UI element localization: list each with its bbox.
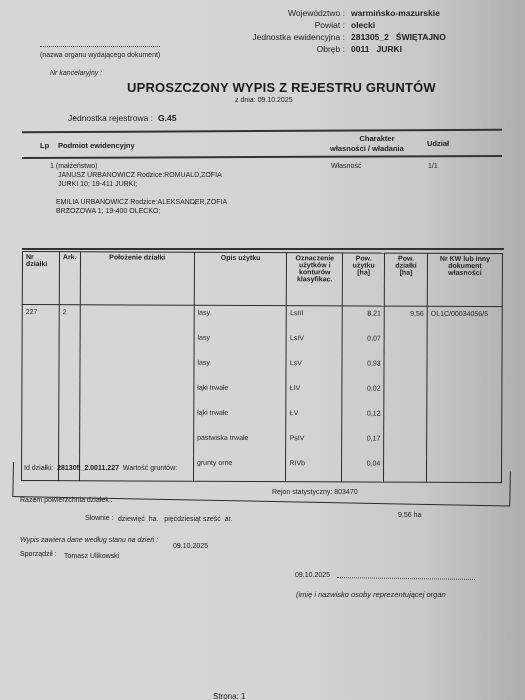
owners-header-podmiot: Podmiot ewidencyjny bbox=[58, 141, 135, 150]
document-date: z dnia: 09.10.2025 bbox=[235, 97, 293, 104]
wojewodztwo-label: Województwo : bbox=[195, 8, 345, 18]
signature-date: 09.10.2025 bbox=[295, 572, 330, 579]
owner-type: (małżeństwo) bbox=[56, 163, 98, 170]
jednostka-rejestrowa-label: Jednostka rejestrowa : bbox=[68, 113, 153, 123]
parcel-use-row: łąki trwałeŁV0,12 bbox=[22, 405, 502, 432]
parcel-pow-dzialki bbox=[384, 382, 427, 407]
parcel-use-row: łąki trwałeŁIV0,02 bbox=[22, 380, 502, 407]
sporzadzil-label: Sporządził : bbox=[20, 551, 57, 558]
parcel-nr: 227 bbox=[22, 305, 59, 331]
parcels-top-rule bbox=[22, 248, 504, 250]
parcels-table: Nr działki Ark. Położenie działki Opis u… bbox=[21, 251, 503, 483]
owners-header-udzial: Udział bbox=[427, 139, 449, 148]
col-header-kw: Nr KW lub inny dokument własności bbox=[427, 253, 502, 306]
parcel-polozenie bbox=[79, 355, 193, 380]
use-oznaczenie: LsIV bbox=[286, 331, 342, 356]
parcel-pow-dzialki: 9,56 bbox=[384, 306, 427, 332]
sporzadzil-value: Tomasz Ulikowski bbox=[64, 553, 119, 560]
use-oznaczenie: LsV bbox=[286, 356, 342, 381]
parcels-header-row: Nr działki Ark. Położenie działki Opis u… bbox=[22, 252, 502, 307]
parcel-polozenie bbox=[79, 405, 193, 430]
owner-address-1: JURKI 10; 19-411 JURKI; bbox=[58, 181, 137, 188]
use-pow: 0,93 bbox=[342, 356, 384, 381]
razem-value: 9,56 ha bbox=[398, 512, 421, 519]
slownie-label: Słownie : bbox=[85, 515, 113, 522]
owner-person-2: EMILIA URBANOWICZ Rodzice:ALEKSANDER,ZOF… bbox=[56, 199, 227, 206]
organ-dotted-line bbox=[40, 46, 160, 47]
use-pow: 0,07 bbox=[342, 331, 384, 356]
use-oznaczenie: ŁV bbox=[286, 406, 342, 431]
owner-udzial: 1/1 bbox=[428, 163, 438, 170]
owners-header-lp: Lp bbox=[40, 141, 49, 150]
document-page: Województwo : warmińsko-mazurskie Powiat… bbox=[0, 0, 525, 700]
parcel-kw bbox=[427, 332, 502, 357]
parcel-use-row: lasyLsIV0,07 bbox=[22, 330, 502, 357]
parcel-polozenie bbox=[80, 305, 194, 331]
parcel-pow-dzialki bbox=[384, 432, 427, 457]
parcel-use-row: 2272lasyLsIII8,219,56OL1C/00034056/5 bbox=[22, 305, 502, 333]
stan-value: 09.10.2025 bbox=[173, 543, 208, 550]
owners-header-charakter-2: własności / władania bbox=[330, 144, 404, 153]
col-header-nr: Nr działki bbox=[22, 252, 59, 305]
owner-address-2: BRZOZOWA 1; 19-400 OLECKO; bbox=[56, 208, 160, 215]
organ-caption: (nazwa organu wydającego dokument) bbox=[40, 52, 160, 59]
parcel-pow-dzialki bbox=[384, 407, 427, 432]
use-oznaczenie: ŁIV bbox=[286, 381, 342, 406]
page-number: Strona: 1 bbox=[213, 692, 245, 700]
parcel-ark bbox=[59, 330, 80, 355]
jednostka-rejestrowa-value: G.45 bbox=[158, 113, 176, 123]
parcel-ark bbox=[59, 355, 80, 380]
stan-label: Wypis zawiera dane według stanu na dzień… bbox=[20, 537, 158, 544]
document-title: UPROSZCZONY WYPIS Z REJESTRU GRUNTÓW bbox=[127, 80, 436, 95]
parcel-pow-dzialki bbox=[384, 332, 427, 357]
col-header-pow-uzytku: Pow. użytku [ha] bbox=[343, 253, 385, 306]
use-opis: łąki trwałe bbox=[194, 406, 287, 431]
use-opis: lasy bbox=[194, 356, 287, 381]
powiat-value: olecki bbox=[351, 20, 375, 30]
signature-dotted-line bbox=[337, 577, 475, 580]
col-header-polozenie: Położenie działki bbox=[80, 252, 195, 305]
col-header-opis: Opis użytku bbox=[194, 252, 287, 305]
parcel-polozenie bbox=[79, 380, 193, 405]
parcel-polozenie bbox=[80, 330, 194, 355]
parcel-use-row: pastwiska trwałePsIV0,17 bbox=[22, 430, 502, 457]
parcel-kw bbox=[427, 432, 502, 457]
owner-lp: 1 bbox=[50, 163, 54, 170]
use-pow: 0,12 bbox=[342, 406, 384, 431]
use-opis: łąki trwałe bbox=[194, 381, 287, 406]
owners-top-rule bbox=[22, 129, 502, 133]
owners-header-charakter-1: Charakter bbox=[347, 134, 407, 143]
wojewodztwo-value: warmińsko-mazurskie bbox=[351, 8, 440, 18]
parcel-ark: 2 bbox=[59, 305, 80, 331]
jednostka-label: Jednostka ewidencyjna : bbox=[195, 32, 345, 42]
use-opis: lasy bbox=[194, 305, 287, 331]
parcel-ark bbox=[59, 380, 80, 405]
use-opis: lasy bbox=[194, 331, 287, 356]
owners-header-rule bbox=[22, 155, 502, 159]
parcel-ark bbox=[59, 430, 80, 455]
parcel-nr bbox=[22, 380, 59, 405]
use-pow: 0,17 bbox=[342, 431, 384, 456]
col-header-ark: Ark. bbox=[59, 252, 80, 305]
parcel-nr bbox=[22, 430, 59, 455]
parcel-use-row: lasyLsV0,93 bbox=[22, 355, 502, 382]
obreb-value: 0011 JURKI bbox=[351, 44, 402, 54]
parcel-nr bbox=[22, 405, 59, 430]
use-opis: pastwiska trwałe bbox=[193, 431, 286, 456]
use-pow: 8,21 bbox=[342, 306, 384, 332]
owner-entry-lp-type: 1 (małżeństwo) bbox=[50, 163, 97, 170]
parcel-kw: OL1C/00034056/5 bbox=[427, 306, 502, 332]
col-header-oznaczenie: Oznaczenie użytków i konturów klasyfikac… bbox=[287, 253, 343, 306]
parcel-kw bbox=[427, 382, 502, 407]
parcel-nr bbox=[22, 355, 59, 380]
nr-kancelaryjny-label: Nr kancelaryjny : bbox=[50, 70, 102, 77]
parcel-ark bbox=[59, 405, 80, 430]
use-pow: 0,02 bbox=[342, 381, 384, 406]
use-oznaczenie: LsIII bbox=[287, 306, 343, 332]
obreb-label: Obręb : bbox=[195, 44, 345, 54]
rejon-statystyczny: Rejon statystyczny: 803470 bbox=[272, 489, 358, 496]
owner-charakter: Własność bbox=[331, 163, 361, 170]
slownie-value: dziewięć ha. pięćdziesiąt sześć ar. bbox=[118, 516, 232, 523]
signature-caption: (imię i nazwisko osoby reprezentującej o… bbox=[296, 590, 446, 599]
use-oznaczenie: PsIV bbox=[286, 431, 342, 456]
jednostka-value: 281305_2 ŚWIĘTAJNO bbox=[351, 32, 446, 42]
parcel-pow-dzialki bbox=[384, 357, 427, 382]
parcel-polozenie bbox=[79, 430, 193, 455]
powiat-label: Powiat : bbox=[195, 20, 345, 30]
razem-label: Razem powierzchnia działek : bbox=[20, 497, 113, 504]
col-header-pow-dzialki: Pow. działki [ha] bbox=[384, 253, 427, 306]
parcel-nr bbox=[22, 330, 59, 355]
parcel-kw bbox=[427, 357, 502, 382]
parcel-kw bbox=[427, 407, 502, 432]
owner-person-1: JANUSZ URBANOWICZ Rodzice:ROMUALD,ZOFIA bbox=[58, 172, 222, 179]
